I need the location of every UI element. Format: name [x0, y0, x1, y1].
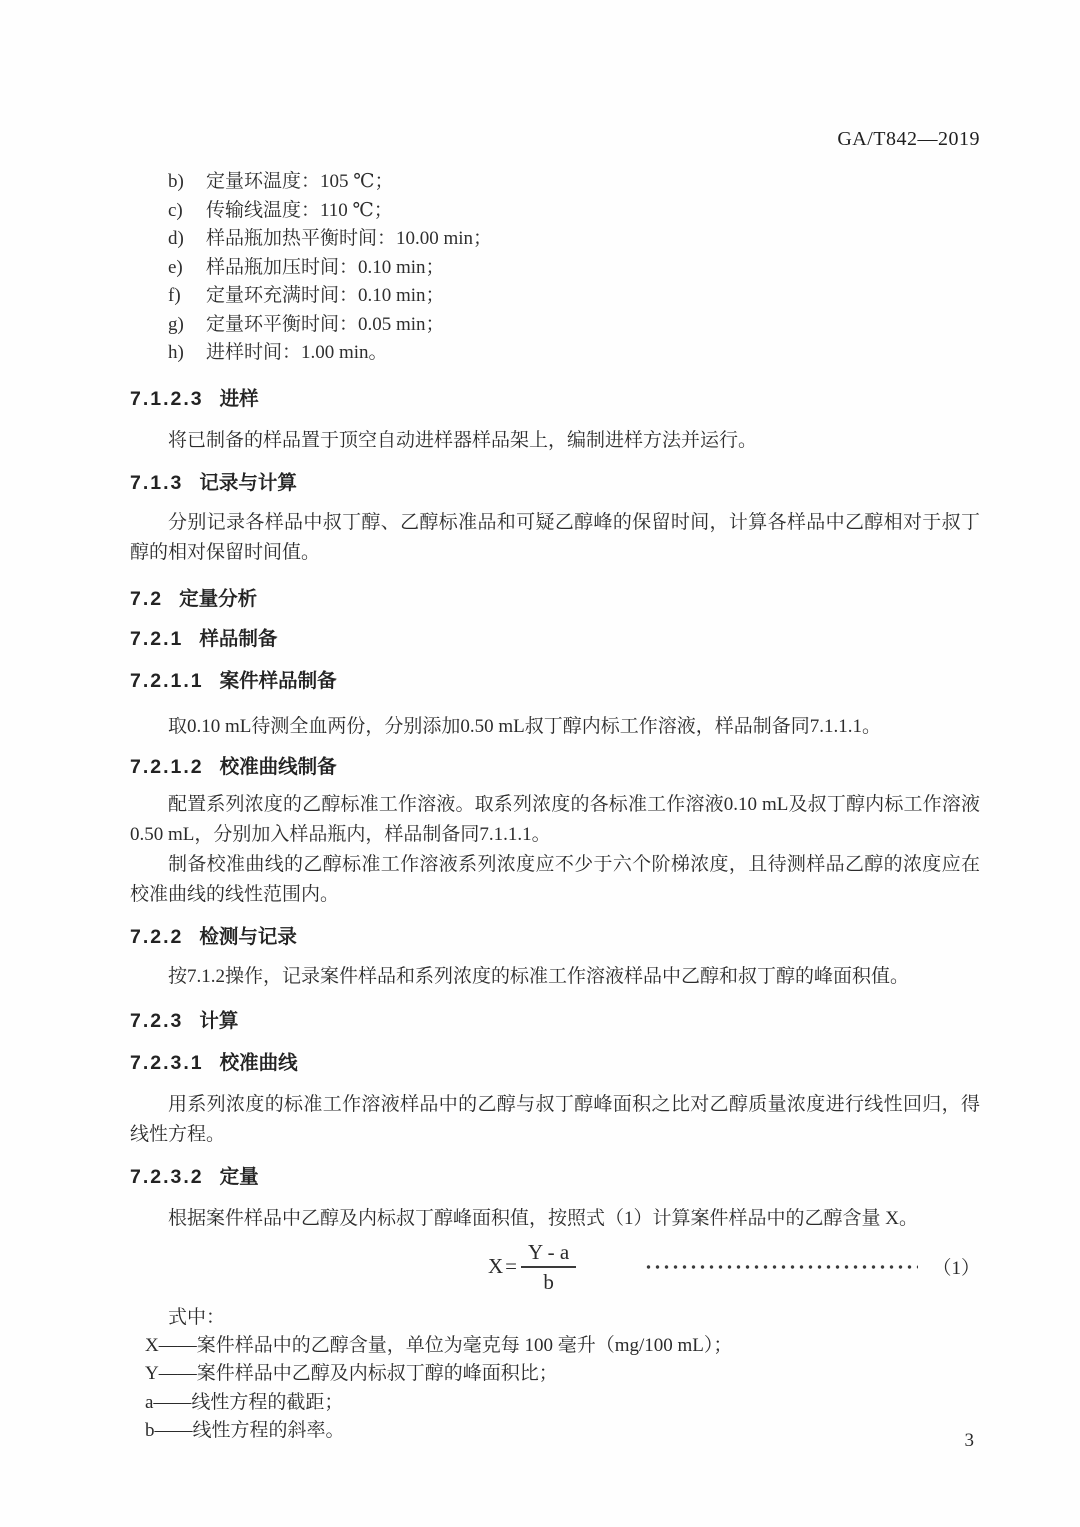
section-title: 样品制备: [199, 626, 277, 652]
section-heading-7-2-1-2: 7.2.1.2 校准曲线制备: [130, 754, 980, 780]
equation-number: （1）: [932, 1253, 980, 1280]
section-number: 7.2.1: [130, 626, 183, 652]
paragraph-7-2-3-1: 用系列浓度的标准工作溶液样品中的乙醇与叔丁醇峰面积之比对乙醇质量浓度进行线性回归…: [130, 1090, 980, 1150]
list-item: d) 样品瓶加热平衡时间：10.00 min；: [168, 225, 980, 254]
document-page: GA/T842—2019 b) 定量环温度：105 ℃； c) 传输线温度：11…: [0, 0, 1080, 1527]
list-item: b) 定量环温度：105 ℃；: [168, 168, 980, 197]
section-number: 7.2.3.2: [130, 1164, 204, 1190]
where-clause-intro: 式中：: [130, 1304, 980, 1332]
paragraph-7-1-3: 分别记录各样品中叔丁醇、乙醇标准品和可疑乙醇峰的保留时间，计算各样品中乙醇相对于…: [130, 508, 980, 568]
paragraph-7-2-3-2: 根据案件样品中乙醇及内标叔丁醇峰面积值，按照式（1）计算案件样品中的乙醇含量 X…: [130, 1204, 980, 1234]
section-heading-7-2-1: 7.2.1 样品制备: [130, 626, 980, 652]
parameter-list: b) 定量环温度：105 ℃； c) 传输线温度：110 ℃； d) 样品瓶加热…: [130, 168, 980, 368]
section-title: 案件样品制备: [220, 668, 337, 694]
list-item: h) 进样时间：1.00 min。: [168, 339, 980, 368]
section-number: 7.2: [130, 586, 163, 612]
symbol-definition-y: Y——案件样品中乙醇及内标叔丁醇的峰面积比；: [130, 1360, 980, 1389]
list-item-text: 样品瓶加压时间：0.10 min；: [206, 254, 445, 283]
list-item-letter: f): [168, 282, 206, 311]
list-item-text: 定量环平衡时间：0.05 min；: [206, 311, 445, 340]
section-number: 7.2.3: [130, 1008, 183, 1034]
section-number: 7.2.2: [130, 924, 183, 950]
dotted-leader: [644, 1265, 918, 1269]
paragraph-7-2-1-1: 取0.10 mL待测全血两份，分别添加0.50 mL叔丁醇内标工作溶液，样品制备…: [130, 712, 980, 742]
fraction-numerator: Y - a: [521, 1240, 576, 1268]
section-number: 7.2.3.1: [130, 1050, 204, 1076]
section-heading-7-1-3: 7.1.3 记录与计算: [130, 470, 980, 496]
list-item-text: 定量环温度：105 ℃；: [206, 168, 394, 197]
standard-code-header: GA/T842—2019: [130, 126, 980, 152]
section-heading-7-2-2: 7.2.2 检测与记录: [130, 924, 980, 950]
list-item-letter: h): [168, 339, 206, 368]
section-title: 定量分析: [179, 586, 257, 612]
section-heading-7-2: 7.2 定量分析: [130, 586, 980, 612]
paragraph-7-1-2-3: 将已制备的样品置于顶空自动进样器样品架上，编制进样方法并运行。: [130, 426, 980, 456]
fraction-denominator: b: [543, 1268, 554, 1294]
list-item-letter: d): [168, 225, 206, 254]
section-heading-7-2-1-1: 7.2.1.1 案件样品制备: [130, 668, 980, 694]
equation-1: X = Y - a b （1）: [130, 1238, 980, 1296]
section-heading-7-2-3-2: 7.2.3.2 定量: [130, 1164, 980, 1190]
list-item-text: 定量环充满时间：0.10 min；: [206, 282, 445, 311]
list-item-text: 样品瓶加热平衡时间：10.00 min；: [206, 225, 492, 254]
section-title: 校准曲线: [220, 1050, 298, 1076]
symbol-definition-b: b——线性方程的斜率。: [130, 1417, 980, 1446]
symbol-definition-a: a——线性方程的截距；: [130, 1389, 980, 1418]
section-number: 7.1.3: [130, 470, 183, 496]
section-number: 7.2.1.2: [130, 754, 204, 780]
equation-equals-sign: =: [505, 1254, 517, 1279]
equation-lhs: X: [488, 1254, 503, 1279]
section-title: 检测与记录: [199, 924, 297, 950]
list-item: e) 样品瓶加压时间：0.10 min；: [168, 254, 980, 283]
list-item-text: 传输线温度：110 ℃；: [206, 197, 393, 226]
list-item: g) 定量环平衡时间：0.05 min；: [168, 311, 980, 340]
list-item: f) 定量环充满时间：0.10 min；: [168, 282, 980, 311]
section-heading-7-2-3: 7.2.3 计算: [130, 1008, 980, 1034]
section-heading-7-1-2-3: 7.1.2.3 进样: [130, 386, 980, 412]
list-item-letter: c): [168, 197, 206, 226]
symbol-definition-x: X——案件样品中的乙醇含量，单位为毫克每 100 毫升（mg/100 mL）；: [130, 1332, 980, 1361]
section-title: 计算: [199, 1008, 238, 1034]
list-item: c) 传输线温度：110 ℃；: [168, 197, 980, 226]
list-item-letter: g): [168, 311, 206, 340]
page-number: 3: [965, 1430, 975, 1452]
paragraph-7-2-2: 按7.1.2操作，记录案件样品和系列浓度的标准工作溶液样品中乙醇和叔丁醇的峰面积…: [130, 962, 980, 992]
section-title: 定量: [220, 1164, 259, 1190]
list-item-letter: e): [168, 254, 206, 283]
paragraph-7-2-1-2-b: 制备校准曲线的乙醇标准工作溶液系列浓度应不少于六个阶梯浓度，且待测样品乙醇的浓度…: [130, 850, 980, 910]
paragraph-7-2-1-2-a: 配置系列浓度的乙醇标准工作溶液。取系列浓度的各标准工作溶液0.10 mL及叔丁醇…: [130, 790, 980, 850]
section-title: 校准曲线制备: [220, 754, 337, 780]
section-heading-7-2-3-1: 7.2.3.1 校准曲线: [130, 1050, 980, 1076]
section-title: 记录与计算: [199, 470, 297, 496]
section-title: 进样: [220, 386, 259, 412]
section-number: 7.1.2.3: [130, 386, 204, 412]
equation-fraction: Y - a b: [521, 1240, 576, 1294]
section-number: 7.2.1.1: [130, 668, 204, 694]
list-item-text: 进样时间：1.00 min。: [206, 339, 388, 368]
list-item-letter: b): [168, 168, 206, 197]
